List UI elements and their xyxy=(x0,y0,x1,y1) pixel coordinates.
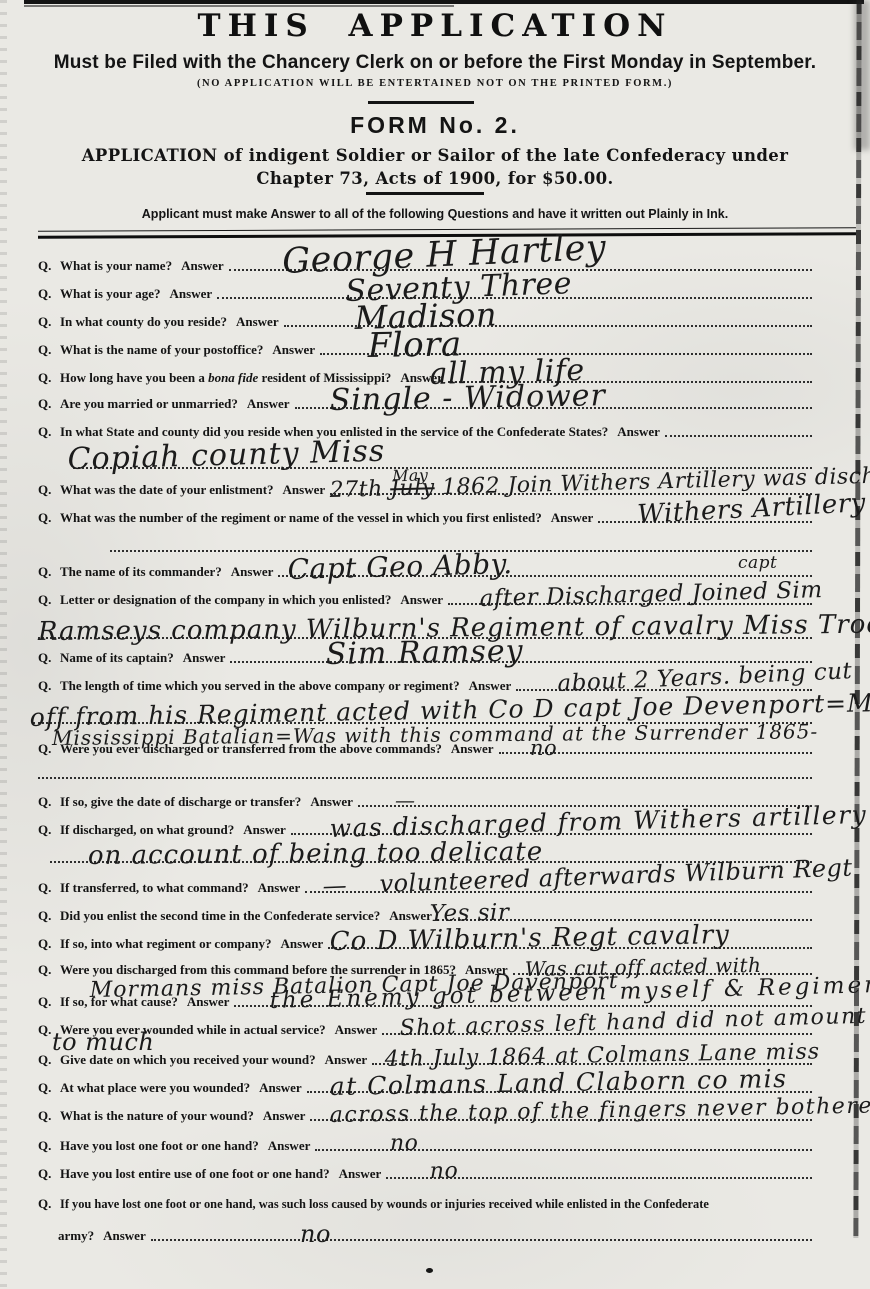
handwritten-answer: Capt Geo Abby. xyxy=(287,550,513,584)
question-text: If transferred, to what command? xyxy=(60,880,249,896)
written-above: May xyxy=(392,468,428,485)
question-marker: Q. xyxy=(38,370,60,386)
qrow-length-overflow-2: Mississippi Batalian=Was with this comma… xyxy=(38,725,812,745)
question-text: In what county do you reside? xyxy=(60,314,227,330)
dotted-answer-line xyxy=(665,433,812,437)
qrow-regiment: Q. What was the number of the regiment o… xyxy=(38,506,812,526)
question-marker: Q. xyxy=(38,1080,60,1096)
question-marker: Q. xyxy=(38,678,60,694)
blank-line xyxy=(38,762,812,782)
qrow-lost-use: Q. Have you lost entire use of one foot … xyxy=(38,1162,812,1182)
question-text: If you have lost one foot or one hand, w… xyxy=(60,1197,709,1212)
question-text: Name of its captain? xyxy=(60,650,174,666)
question-marker: Q. xyxy=(38,258,60,274)
handwritten-answer: Sim Ramsey xyxy=(325,637,523,670)
question-marker: Q. xyxy=(38,564,60,580)
question-text: What was the number of the regiment or n… xyxy=(60,510,542,526)
answer-label: Answer xyxy=(243,822,286,838)
answer-label: Answer xyxy=(551,510,594,526)
question-text: The name of its commander? xyxy=(60,564,222,580)
question-text: What is your name? xyxy=(60,258,172,274)
answer-label: Answer xyxy=(325,1052,368,1068)
handwritten-margin-note: capt xyxy=(738,555,777,572)
qrow-married: Q. Are you married or unmarried? Answer … xyxy=(38,392,812,412)
question-marker: Q. xyxy=(38,650,60,666)
question-text: What was the date of your enlistment? xyxy=(60,482,274,498)
question-marker: Q. xyxy=(38,396,60,412)
qrow-postoffice: Q. What is the name of your postoffice? … xyxy=(38,338,812,358)
answer-label: Answer xyxy=(170,286,213,302)
handwritten-answer: Copiah county Miss xyxy=(67,437,385,475)
dotted-answer-line xyxy=(151,1237,812,1241)
answer-label: Answer xyxy=(247,396,290,412)
handwritten-answer: no xyxy=(390,1133,418,1155)
qrow-second-regiment: Q. If so, into what regiment or company?… xyxy=(38,932,812,952)
handwritten-answer: no xyxy=(430,1161,459,1183)
handwritten-answer: Co D Wilburn's Regt cavalry xyxy=(330,922,731,955)
qrow-lost-cause-line1: Q. If you have lost one foot or one hand… xyxy=(38,1192,812,1212)
answer-label: Answer xyxy=(617,424,660,440)
question-marker: Q. xyxy=(38,510,60,526)
question-text: What is the nature of your wound? xyxy=(60,1108,254,1124)
answer-label: Answer xyxy=(258,880,301,896)
question-part: How long have you been a xyxy=(60,370,208,385)
handwritten-answer: Yes sir xyxy=(430,902,510,926)
answer-label: Answer xyxy=(283,482,326,498)
question-marker: Q. xyxy=(38,936,60,952)
qrow-wound-nature: Q. What is the nature of your wound? Ans… xyxy=(38,1104,812,1124)
answer-label: Answer xyxy=(236,314,279,330)
question-marker: Q. xyxy=(38,908,60,924)
question-text: The length of time which you served in t… xyxy=(60,678,460,694)
question-text: Letter or designation of the company in … xyxy=(60,592,391,608)
handwritten-answer: no xyxy=(300,1222,331,1246)
question-marker: Q. xyxy=(38,880,60,896)
handwritten-answer: to much xyxy=(52,1030,154,1054)
handwritten-answer: at Colmans Land Claborn co mis xyxy=(330,1066,788,1099)
qrow-enlist-state: Q. In what State and county did you resi… xyxy=(38,420,812,440)
question-marker: Q. xyxy=(38,482,60,498)
handwritten-answer: Single - Widower xyxy=(329,381,606,416)
qrow-lost-foot: Q. Have you lost one foot or one hand? A… xyxy=(38,1134,812,1154)
answer-label: Answer xyxy=(231,564,274,580)
question-marker: Q. xyxy=(38,592,60,608)
answer-label: Answer xyxy=(400,592,443,608)
handwritten-answer: no xyxy=(530,738,557,759)
answer-label: Answer xyxy=(263,1108,306,1124)
answer-label: Answer xyxy=(281,936,324,952)
qrow-commander: Q. The name of its commander? Answer Cap… xyxy=(38,560,812,580)
question-marker: Q. xyxy=(38,1138,60,1154)
answer-label: Answer xyxy=(183,650,226,666)
qrow-wound-place: Q. At what place were you wounded? Answe… xyxy=(38,1076,812,1096)
question-text: Are you married or unmarried? xyxy=(60,396,238,412)
question-marker: Q. xyxy=(38,1196,60,1212)
answer-label: Answer xyxy=(389,908,432,924)
answer-label: Answer xyxy=(469,678,512,694)
answer-label: Answer xyxy=(259,1080,302,1096)
question-text: What is the name of your postoffice? xyxy=(60,342,263,358)
qrow-enlist-date: Q. What was the date of your enlistment?… xyxy=(38,478,812,498)
qrow-lost-cause-line2: army? Answer no xyxy=(38,1224,812,1244)
qrow-discharge-ground: Q. If discharged, on what ground? Answer… xyxy=(38,818,812,838)
qrow-transferred: Q. If transferred, to what command? Answ… xyxy=(38,876,812,896)
question-italic: bona fide xyxy=(208,370,258,385)
question-marker: Q. xyxy=(38,424,60,440)
question-text: Have you lost entire use of one foot or … xyxy=(60,1166,330,1182)
answer-part: 27th xyxy=(329,476,390,503)
answer-label: Answer xyxy=(339,1166,382,1182)
question-marker: Q. xyxy=(38,822,60,838)
handwritten-answer: after Discharged Joined Sim xyxy=(479,579,823,611)
dotted-answer-line xyxy=(38,775,812,779)
qrow-captain: Q. Name of its captain? Answer Sim Ramse… xyxy=(38,646,812,666)
question-text: If so, into what regiment or company? xyxy=(60,936,272,952)
correction-wrap: MayJuly xyxy=(390,477,435,500)
answer-label: Answer xyxy=(181,258,224,274)
question-marker: Q. xyxy=(38,794,60,810)
question-text: army? xyxy=(58,1228,94,1244)
handwritten-answer: — xyxy=(395,790,416,810)
answer-label: Answer xyxy=(310,794,353,810)
question-text: Did you enlist the second time in the Co… xyxy=(60,908,380,924)
question-text: At what place were you wounded? xyxy=(60,1080,250,1096)
question-marker: Q. xyxy=(38,286,60,302)
handwritten-answer: on account of being too delicate xyxy=(88,839,543,869)
question-text: If discharged, on what ground? xyxy=(60,822,234,838)
scan-speckle-left xyxy=(0,0,7,1289)
answer-label: Answer xyxy=(268,1138,311,1154)
question-marker: Q. xyxy=(38,994,60,1010)
answer-label: Answer xyxy=(272,342,315,358)
application-form-page: THIS APPLICATION Must be Filed with the … xyxy=(0,0,870,1289)
qrow-company: Q. Letter or designation of the company … xyxy=(38,588,812,608)
question-text: What is your age? xyxy=(60,286,161,302)
question-marker: Q. xyxy=(38,962,60,978)
handwritten-answer: Mississippi Batalian=Was with this comma… xyxy=(52,721,818,748)
question-marker: Q. xyxy=(38,342,60,358)
question-marker: Q. xyxy=(38,1108,60,1124)
question-marker: Q. xyxy=(38,1166,60,1182)
question-marker: Q. xyxy=(38,314,60,330)
question-list: Q. What is your name? Answer George H Ha… xyxy=(38,0,812,1289)
question-text: Have you lost one foot or one hand? xyxy=(60,1138,259,1154)
answer-label: Answer xyxy=(103,1228,146,1244)
question-text: If so, give the date of discharge or tra… xyxy=(60,794,301,810)
